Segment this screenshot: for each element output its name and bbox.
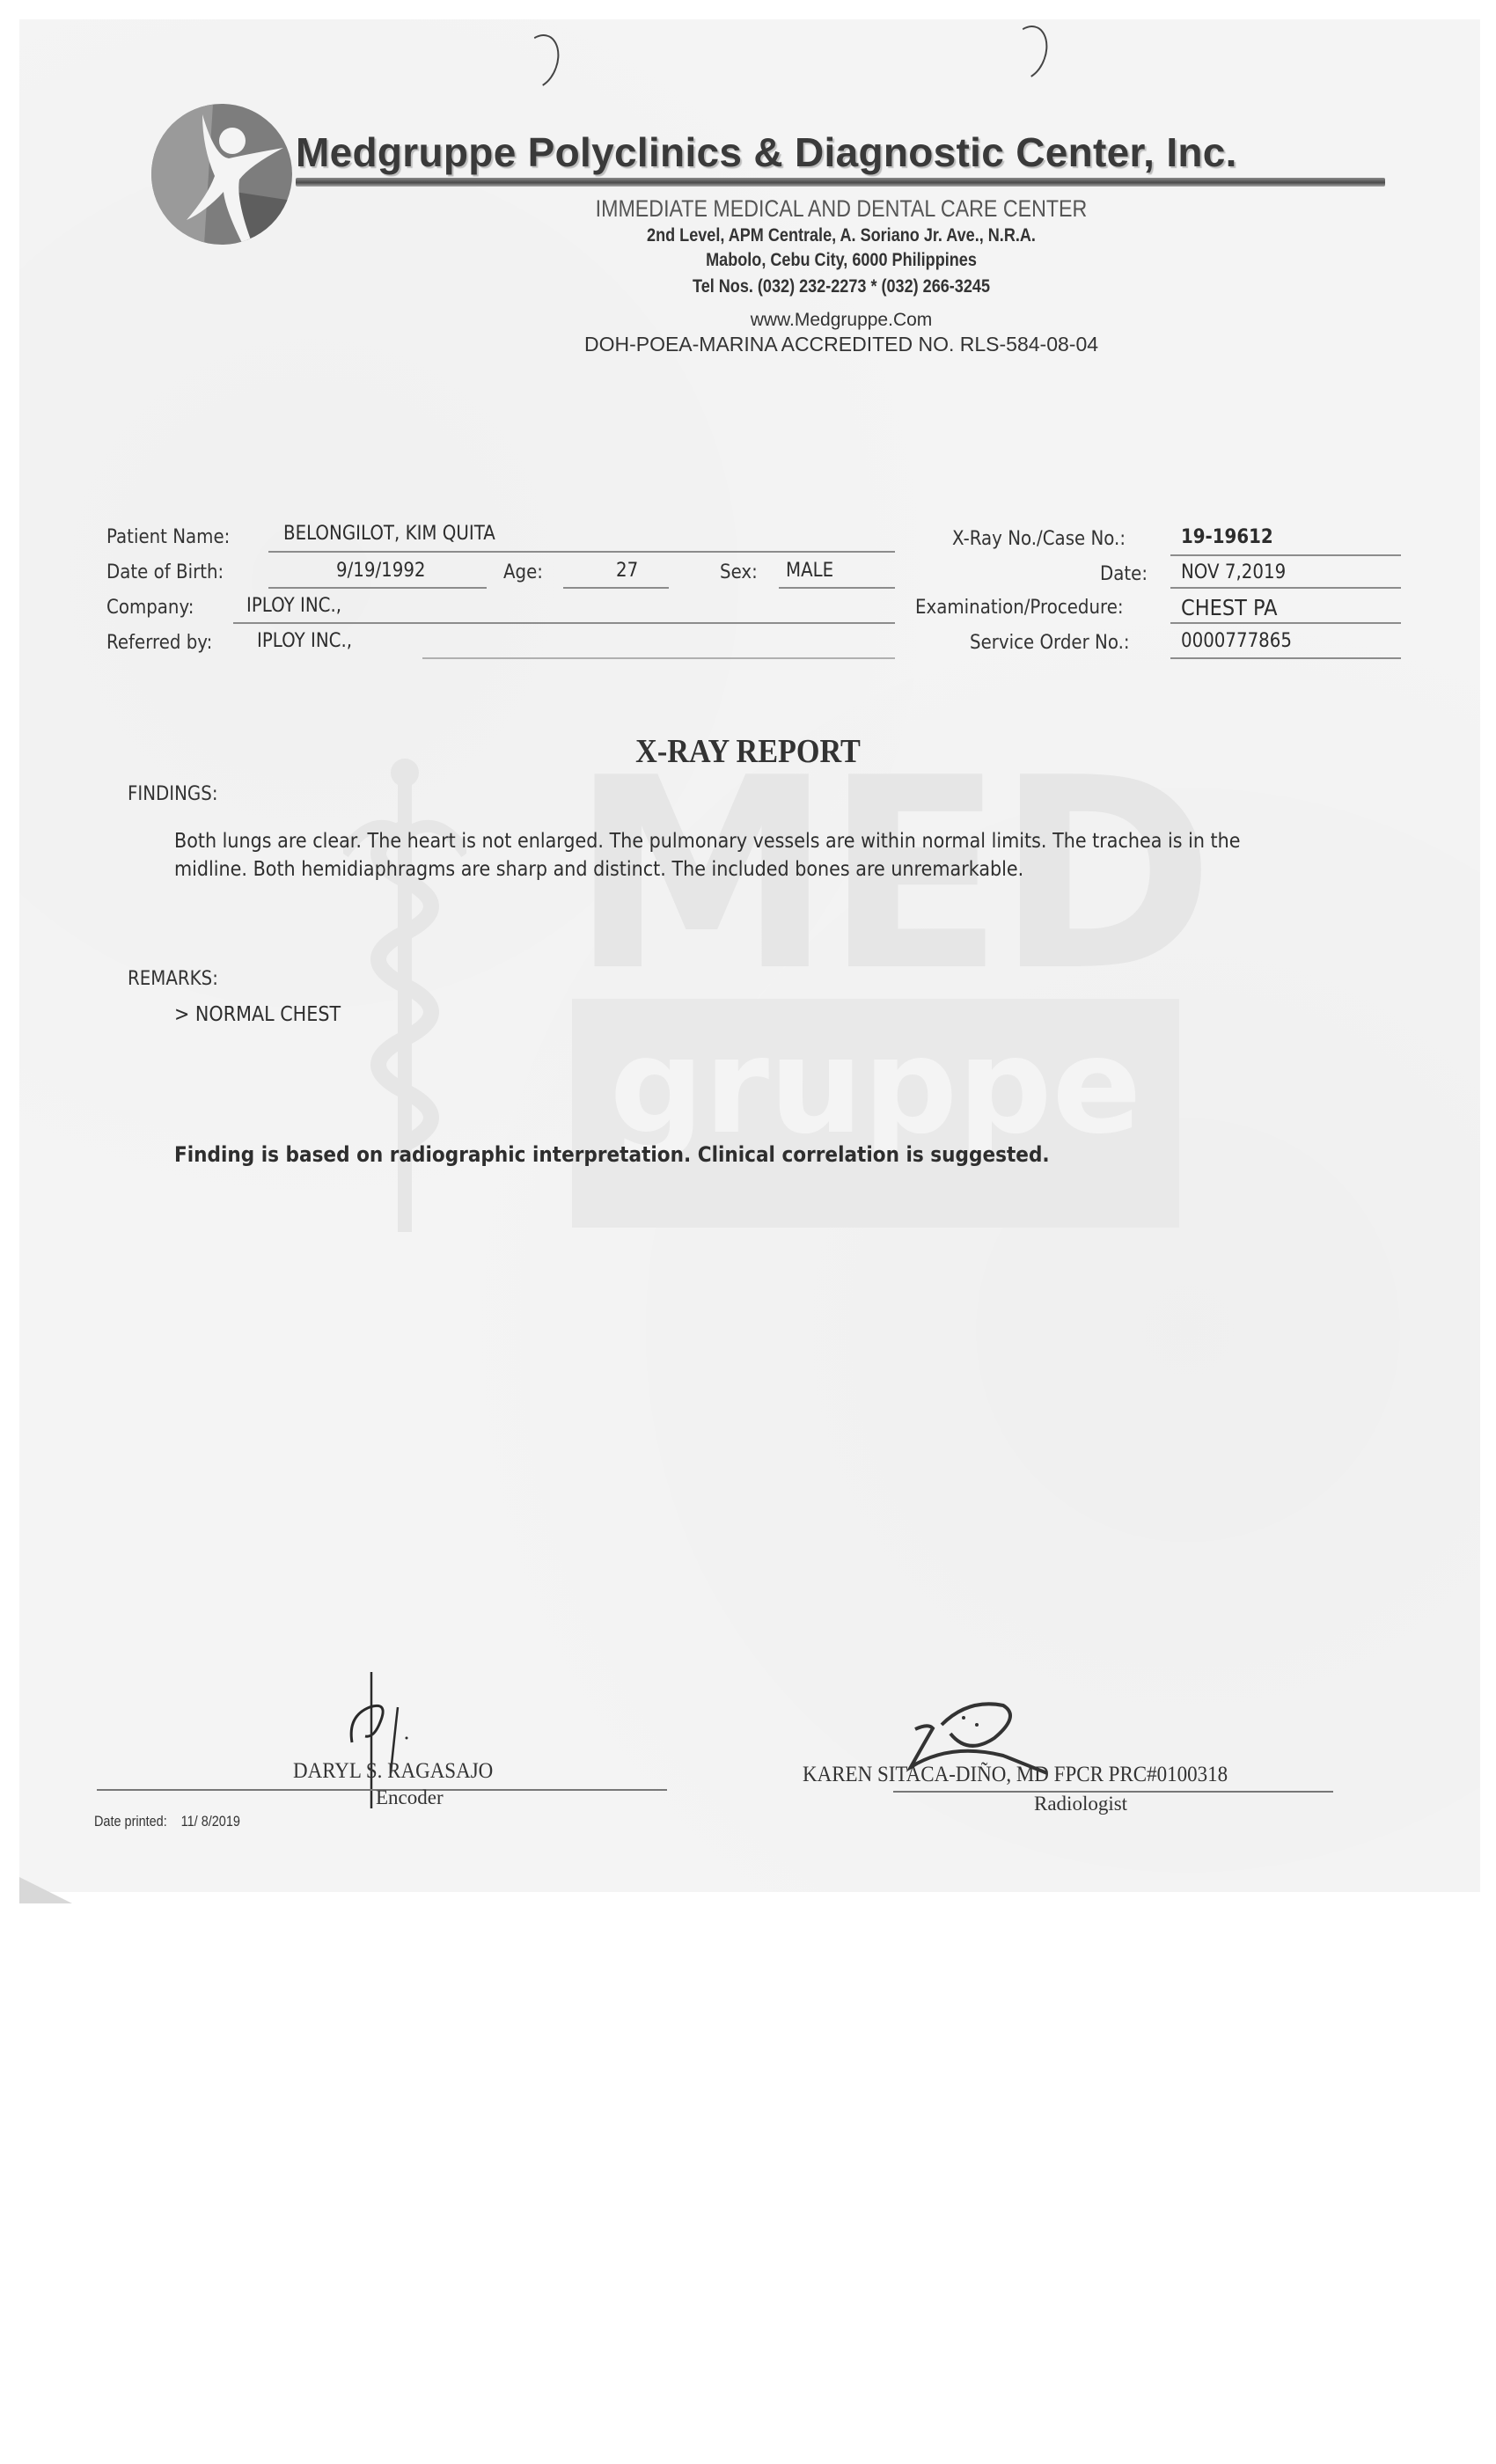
referred-by-underline <box>422 657 895 659</box>
xray-no-label: X-Ray No./Case No.: <box>952 528 1126 550</box>
dob-label: Date of Birth: <box>106 561 224 583</box>
sex-underline <box>779 587 895 589</box>
remarks-label: REMARKS: <box>128 968 218 990</box>
address-line-2: Mabolo, Cebu City, 6000 Philippines <box>372 250 1310 271</box>
tagline: IMMEDIATE MEDICAL AND DENTAL CARE CENTER <box>372 195 1310 223</box>
website: www.Medgruppe.Com <box>296 310 1387 331</box>
service-order-underline <box>1170 657 1401 659</box>
date-label: Date: <box>1100 563 1148 585</box>
date-underline <box>1170 587 1401 589</box>
dob-underline <box>268 587 487 589</box>
report-title: X-RAY REPORT <box>75 732 1421 771</box>
xray-no-value: 19-19612 <box>1181 526 1273 548</box>
exam-label: Examination/Procedure: <box>915 597 1124 619</box>
age-value: 27 <box>616 560 638 582</box>
company-name: Medgruppe Polyclinics & Diagnostic Cente… <box>296 128 1387 176</box>
findings-text: Both lungs are clear. The heart is not e… <box>174 827 1283 884</box>
service-order-value: 0000777865 <box>1181 630 1292 652</box>
accreditation-number: DOH-POEA-MARINA ACCREDITED NO. RLS-584-0… <box>296 333 1387 356</box>
disclaimer-text: Finding is based on radiographic interpr… <box>174 1142 1050 1167</box>
referred-by-value: IPLOY INC., <box>257 630 352 652</box>
age-underline <box>563 587 669 589</box>
address-line-1: 2nd Level, APM Centrale, A. Soriano Jr. … <box>372 225 1310 246</box>
date-value: NOV 7,2019 <box>1181 561 1286 583</box>
date-printed-value: 11/ 8/2019 <box>181 1813 240 1830</box>
telephone-numbers: Tel Nos. (032) 232-2273 * (032) 266-3245 <box>372 276 1310 297</box>
header-underline-bar <box>296 178 1385 187</box>
sex-value: MALE <box>786 560 833 582</box>
findings-label: FINDINGS: <box>128 783 218 805</box>
service-order-label: Service Order No.: <box>970 632 1130 654</box>
person-circle-logo-icon <box>151 104 292 245</box>
encoder-role: Encoder <box>376 1786 444 1809</box>
watermark-gruppe-block: gruppe <box>572 999 1179 1228</box>
exam-value: CHEST PA <box>1181 595 1278 620</box>
age-label: Age: <box>503 561 543 583</box>
remarks-text: > NORMAL CHEST <box>174 1003 341 1026</box>
exam-underline <box>1170 622 1401 624</box>
sex-label: Sex: <box>720 561 758 583</box>
patient-name-underline <box>268 551 895 553</box>
patient-name-value: BELONGILOT, KIM QUITA <box>283 523 495 545</box>
radiologist-name: KAREN SITACA-DIÑO, MD FPCR PRC#0100318 <box>803 1763 1228 1787</box>
date-printed-label: Date printed: <box>94 1813 167 1830</box>
dob-value: 9/19/1992 <box>336 560 426 582</box>
patient-name-label: Patient Name: <box>106 526 230 548</box>
encoder-name: DARYL S. RAGASAJO <box>293 1759 493 1784</box>
date-printed: Date printed: 11/ 8/2019 <box>94 1813 240 1830</box>
company-value: IPLOY INC., <box>246 595 341 617</box>
xray-no-underline <box>1170 554 1401 556</box>
company-label: Company: <box>106 597 194 619</box>
referred-by-label: Referred by: <box>106 632 212 654</box>
company-underline <box>233 622 895 624</box>
radiologist-role: Radiologist <box>1034 1793 1127 1815</box>
paper-folded-corner <box>19 1877 72 1903</box>
